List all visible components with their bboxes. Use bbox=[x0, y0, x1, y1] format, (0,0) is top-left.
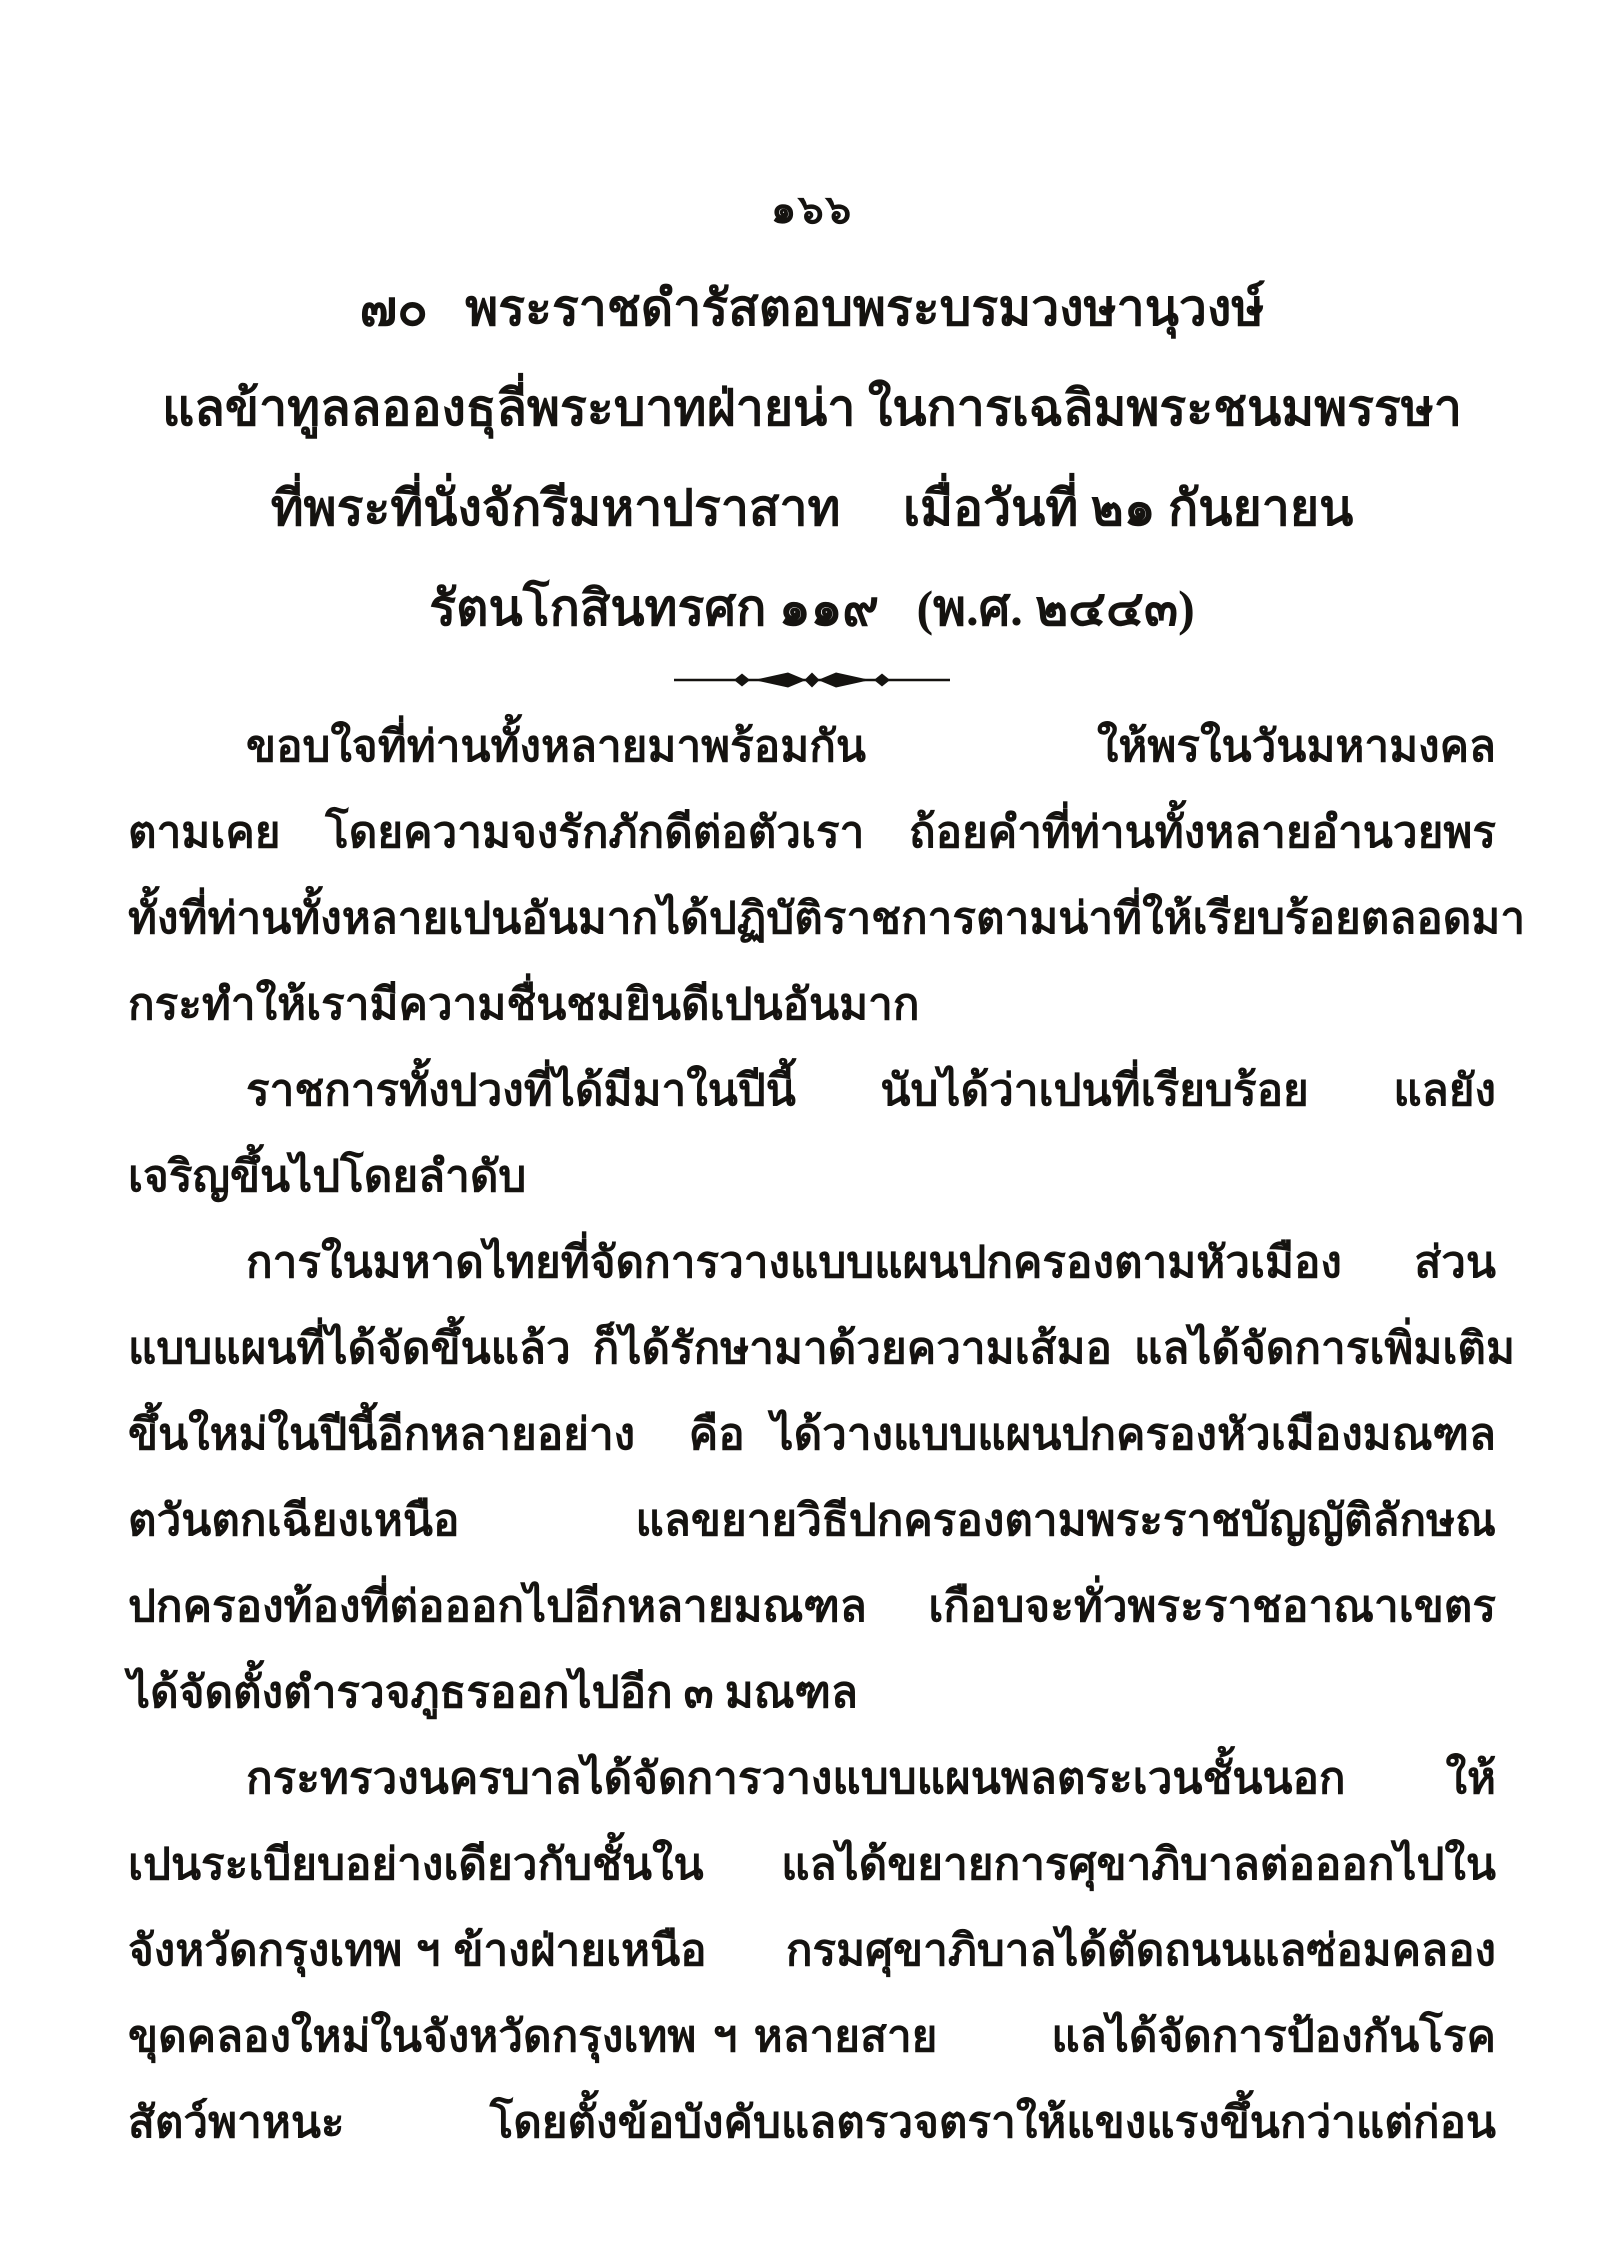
text-line: แบบแผนที่ได้จัดขึ้นแล้ว ก็ได้รักษามาด้วย… bbox=[128, 1306, 1496, 1392]
document-title: ๗๐ พระราชดำรัสตอบพระบรมวงษานุวงษ์ แลข้าท… bbox=[128, 258, 1496, 658]
text-line: ได้จัดตั้งตำรวจภูธรออกไปอีก ๓ มณฑล bbox=[128, 1650, 1496, 1736]
text-block: ๑๖๖ ๗๐ พระราชดำรัสตอบพระบรมวงษานุวงษ์ แล… bbox=[128, 0, 1496, 2166]
text-line: ตวันตกเฉียงเหนือ แลขยายวิธีปกครองตามพระร… bbox=[128, 1478, 1496, 1564]
title-line-2: แลข้าทูลลอองธุลี่พระบาทฝ่ายน่า ในการเฉลิ… bbox=[128, 358, 1496, 458]
title-line-1: ๗๐ พระราชดำรัสตอบพระบรมวงษานุวงษ์ bbox=[128, 258, 1496, 358]
text-line: เจริญขึ้นไปโดยลำดับ bbox=[128, 1134, 1496, 1220]
text-line: กระทำให้เรามีความชื่นชมยินดีเปนอันมาก bbox=[128, 962, 1496, 1048]
text-line: ราชการทั้งปวงที่ได้มีมาในปีนี้ นับได้ว่า… bbox=[128, 1048, 1496, 1134]
speech-body: ขอบใจที่ท่านทั้งหลายมาพร้อมกัน ให้พรในวั… bbox=[128, 704, 1496, 2166]
text-line: การในมหาดไทยที่จัดการวางแบบแผนปกครองตามห… bbox=[128, 1220, 1496, 1306]
text-line: กระทรวงนครบาลได้จัดการวางแบบแผนพลตระเวนช… bbox=[128, 1736, 1496, 1822]
text-line: ขึ้นใหม่ในปีนี้อีกหลายอย่าง คือ ได้วางแบ… bbox=[128, 1392, 1496, 1478]
title-line-3: ที่พระที่นั่งจักรีมหาปราสาท เมื่อวันที่ … bbox=[128, 458, 1496, 558]
divider-ornament-icon bbox=[662, 668, 962, 692]
text-line: เปนระเบียบอย่างเดียวกับชั้นใน แลได้ขยายก… bbox=[128, 1822, 1496, 1908]
text-line: จังหวัดกรุงเทพ ฯ ข้างฝ่ายเหนือ กรมศุขาภิ… bbox=[128, 1908, 1496, 1994]
text-line: ปกครองท้องที่ต่อออกไปอีกหลายมณฑล เกือบจะ… bbox=[128, 1564, 1496, 1650]
scanned-book-page: ๑๖๖ ๗๐ พระราชดำรัสตอบพระบรมวงษานุวงษ์ แล… bbox=[0, 0, 1605, 2268]
paragraph-1: ขอบใจที่ท่านทั้งหลายมาพร้อมกัน ให้พรในวั… bbox=[128, 704, 1496, 1048]
text-line: ตามเคย โดยความจงรักภักดีต่อตัวเรา ถ้อยคำ… bbox=[128, 790, 1496, 876]
text-line: ขุดคลองใหม่ในจังหวัดกรุงเทพ ฯ หลายสาย แล… bbox=[128, 1994, 1496, 2080]
paragraph-2: ราชการทั้งปวงที่ได้มีมาในปีนี้ นับได้ว่า… bbox=[128, 1048, 1496, 1220]
paragraph-3: การในมหาดไทยที่จัดการวางแบบแผนปกครองตามห… bbox=[128, 1220, 1496, 1736]
text-line: ทั้งที่ท่านทั้งหลายเปนอันมากได้ปฏิบัติรา… bbox=[128, 876, 1496, 962]
page-number: ๑๖๖ bbox=[128, 186, 1496, 234]
title-line-4: รัตนโกสินทรศก ๑๑๙ (พ.ศ. ๒๔๔๓) bbox=[128, 558, 1496, 658]
paragraph-4: กระทรวงนครบาลได้จัดการวางแบบแผนพลตระเวนช… bbox=[128, 1736, 1496, 2166]
text-line: ขอบใจที่ท่านทั้งหลายมาพร้อมกัน ให้พรในวั… bbox=[128, 704, 1496, 790]
text-line: สัตว์พาหนะ โดยตั้งข้อบังคับแลตรวจตราให้แ… bbox=[128, 2080, 1496, 2166]
